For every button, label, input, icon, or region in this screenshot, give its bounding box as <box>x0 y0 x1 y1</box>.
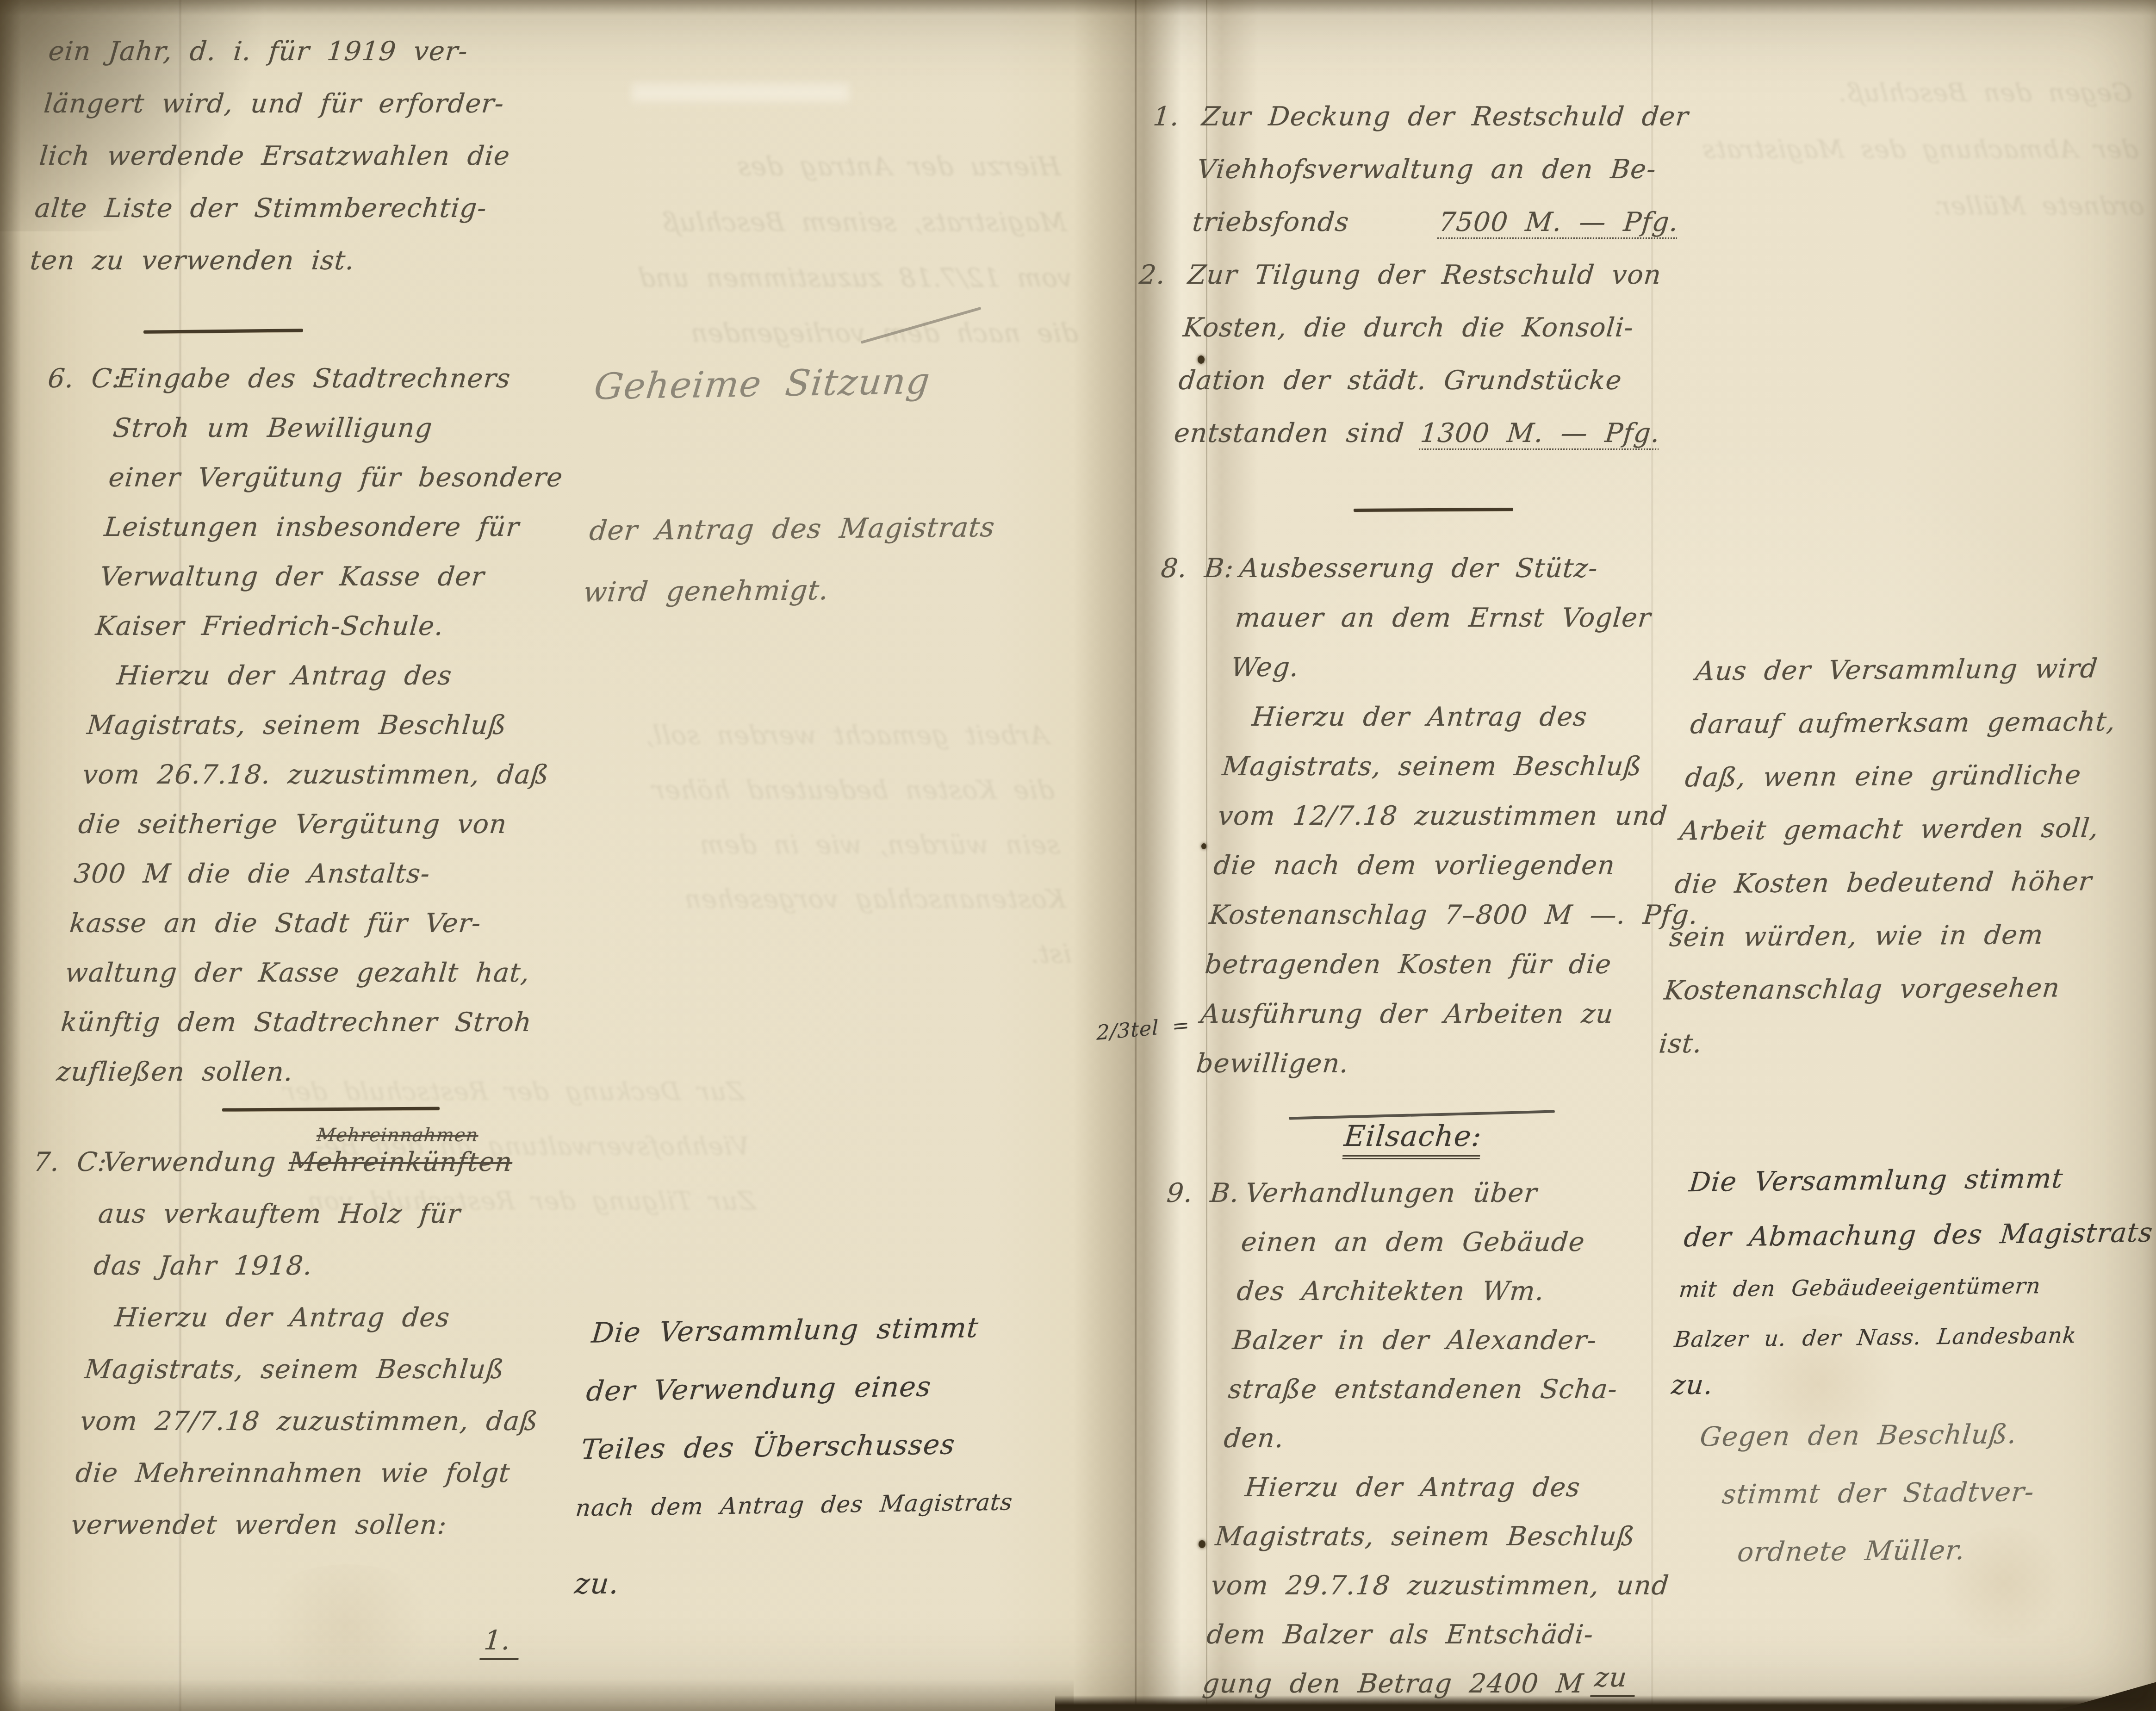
show-through-text: Arbeit gemacht werden soll, die Kosten b… <box>564 708 1074 981</box>
script-line: ein Jahr, d. i. für 1919 ver- <box>46 25 569 78</box>
resolution-item9: Die Versammlung stimmt der Abmachung des… <box>1672 1150 2156 1365</box>
show-through-line: ist. <box>587 927 1074 981</box>
dissent-note: Gegen den Beschluß. stimmt der Stadtver-… <box>1686 1404 2156 1582</box>
script-line: verwendet werden sollen: <box>0 1499 546 1551</box>
show-through-line: Gegen den Beschluß. <box>1680 65 2135 121</box>
agenda-item-7-subject: Verwendung <box>101 1147 277 1177</box>
show-through-text: Gegen den Beschluß. der Abmachung des Ma… <box>1680 65 2147 234</box>
script-line: Hierzu der Antrag des <box>18 1292 564 1344</box>
script-line: daß, wenn eine gründliche <box>1683 748 2156 804</box>
script-line: 300 M die die Anstalts- <box>2 849 548 899</box>
script-line: Ausführung der Arbeiten zu <box>1120 989 1670 1039</box>
script-line: Magistrats, seinem Beschluß <box>1135 1512 1680 1561</box>
script-line: gung den Betrag 2400 M <box>1122 1659 1667 1708</box>
show-through-text: Hierzu der Antrag des Magistrats, seinem… <box>558 139 1081 361</box>
allocation-item-2: 2.Zur Tilgung der Restschuld von <box>1137 249 1681 301</box>
script-line: betragenden Kosten für die <box>1124 940 1674 989</box>
allocation-list: 1.Zur Deckung der Restschuld der Viehhof… <box>1123 90 1695 460</box>
script-line: Kostenanschlag 7–800 M —. Pfg. <box>1129 890 1679 940</box>
script-line: triebsfonds 7500 M. — Pfg. <box>1142 196 1685 249</box>
script-line: Magistrats, seinem Beschluß <box>15 701 561 750</box>
script-line: vom 29.7.18 zuzustimmen, und <box>1131 1561 1676 1610</box>
script-line: einer Vergütung für besondere <box>37 453 583 503</box>
script-line: ist. <box>1657 1014 2132 1070</box>
script-line: sein würden, wie in dem <box>1667 908 2142 964</box>
agenda-item-8-number: 8. B: <box>1159 544 1242 593</box>
agenda-item-8-subject: Ausbesserung der Stütz- <box>1238 553 1599 584</box>
script-line: der Antrag des Magistrats <box>587 495 1093 561</box>
allocation-1-amount: 7500 M. — Pfg. <box>1436 196 1685 249</box>
script-line: Zur Tilgung der Restschuld von <box>1187 260 1663 290</box>
script-line: Viehhofsverwaltung an den Be- <box>1146 143 1690 196</box>
catchword-text: zu <box>1590 1661 1638 1697</box>
script-line: Kosten, die durch die Konsoli- <box>1132 301 1676 354</box>
agenda-item-9-subject: Verhandlungen über <box>1244 1178 1538 1208</box>
show-through-line: die Kosten bedeutend höher <box>570 763 1056 817</box>
script-line: vom 26.7.18. zuzustimmen, daß <box>11 750 557 800</box>
script-line: bewilligen. <box>1116 1039 1666 1089</box>
script-line: kasse an die Stadt für Ver- <box>0 899 544 948</box>
resolution-item6: der Antrag des Magistrats wird genehmigt… <box>581 495 1093 622</box>
secret-session-heading: Geheime Sitzung <box>592 361 932 408</box>
script-line: aus verkauftem Holz für <box>27 1188 573 1240</box>
script-line: vom 12/7.18 zuzustimmen und <box>1137 791 1687 841</box>
script-line: die Mehreinnahmen wie folgt <box>4 1447 550 1499</box>
resolution-item9-tail: zu. <box>1670 1369 1715 1400</box>
script-line: des Architekten Wm. <box>1156 1267 1702 1316</box>
script-line: den. <box>1143 1414 1689 1463</box>
script-line: nach dem Antrag des Magistrats <box>573 1472 1083 1537</box>
allocation-2-amount: 1300 M. — Pfg. <box>1418 407 1667 460</box>
show-through-line: ordnete Müller. <box>1692 178 2147 234</box>
script-line: Kostenanschlag vorgesehen <box>1662 961 2137 1017</box>
script-line: Gegen den Beschluß. <box>1697 1404 2156 1466</box>
script-line: Balzer u. der Nass. Landesbank <box>1672 1310 2147 1365</box>
script-line: Stroh um Bewilligung <box>41 404 587 453</box>
script-line: entstanden sind <box>1172 407 1406 460</box>
script-line: vom 27/7.18 zuzustimmen, daß <box>8 1395 554 1447</box>
script-line: längert wird, und für erforder- <box>42 78 565 130</box>
agenda-item-9: 9. B.Verhandlungen über einen an dem Geb… <box>1122 1169 1710 1708</box>
show-through-line: Hierzu der Antrag des <box>558 139 1063 194</box>
allocation-1-number: 1. <box>1151 90 1204 143</box>
script-line: alte Liste der Stimmberechtig- <box>32 182 555 235</box>
show-through-line: sein würden, wie in dem <box>576 817 1062 872</box>
show-through-line: Kostenanschlag vorgesehen <box>581 872 1068 927</box>
script-line: Die Versammlung stimmt <box>1687 1150 2156 1210</box>
paper-stain <box>250 1564 444 1685</box>
script-line: mauer an dem Ernst Vogler <box>1155 593 1705 643</box>
script-line: dation der städt. Grundstücke <box>1128 354 1671 407</box>
script-line: straße entstandenen Scha- <box>1148 1365 1693 1414</box>
agenda-item-7-number: 7. C: <box>31 1136 105 1188</box>
assembly-remark: Aus der Versammlung wird darauf aufmerks… <box>1657 641 2156 1070</box>
agenda-item-7: 7. C:VerwendungMehreinkünftenMehreinnahm… <box>0 1136 577 1551</box>
script-line: triebsfonds <box>1190 196 1351 249</box>
script-line: dem Balzer als Entschädi- <box>1126 1610 1671 1659</box>
script-line: Kaiser Friedrich-Schule. <box>24 602 570 651</box>
script-line: künftig dem Stadtrechner Stroh <box>0 998 535 1047</box>
script-line: zufließen sollen. <box>0 1047 531 1097</box>
script-line: Hierzu der Antrag des <box>20 651 565 701</box>
manuscript-scan: Hierzu der Antrag des Magistrats, seinem… <box>0 0 2156 1711</box>
script-line: Die Versammlung stimmt <box>589 1297 1100 1362</box>
script-line: Magistrats, seinem Beschluß <box>13 1344 559 1395</box>
script-line: Hierzu der Antrag des <box>1146 692 1696 742</box>
section-divider <box>143 329 303 334</box>
script-line: einen an dem Gebäude <box>1160 1218 1706 1267</box>
script-line: 8. B:Ausbesserung der Stütz- <box>1159 544 1709 593</box>
agenda-item-6-subject: Eingabe des Stadtrechners <box>116 363 512 394</box>
script-line: der Verwendung eines <box>584 1355 1094 1420</box>
script-line: darauf aufmerksam gemacht, <box>1688 695 2156 751</box>
script-line: 6. C:Eingabe des Stadtrechners <box>46 354 591 404</box>
script-line: ordnete Müller. <box>1686 1520 2155 1582</box>
script-line: Aus der Versammlung wird <box>1693 641 2156 698</box>
script-line: zu. <box>573 1567 621 1600</box>
script-line: ten zu verwenden ist. <box>28 235 551 287</box>
struck-insertion: Mehreinnahmen <box>314 1109 480 1161</box>
show-through-line: die nach dem vorliegenden <box>575 305 1081 361</box>
script-line: zu. <box>1670 1369 1715 1400</box>
script-line: Hierzu der Antrag des <box>1139 1463 1684 1512</box>
agenda-item-6-number: 6. C: <box>46 354 119 404</box>
script-line: Teiles des Überschusses <box>578 1413 1089 1479</box>
script-line: Leistungen insbesondere für <box>33 503 578 552</box>
script-line: Balzer in der Alexander- <box>1152 1316 1697 1365</box>
agenda-item-9-number: 9. B. <box>1165 1169 1248 1218</box>
script-line: lich werdende Ersatzwahlen die <box>37 130 560 182</box>
script-line: das Jahr 1918. <box>22 1240 568 1292</box>
show-through-line: vom 12/7.18 zuzustimmen und <box>569 250 1075 305</box>
show-through-line: Arbeit gemacht werden soll, <box>564 708 1051 763</box>
script-line: 9. B.Verhandlungen über <box>1165 1169 1710 1218</box>
corrected-word: MehreinkünftenMehreinnahmen <box>286 1136 515 1188</box>
bottom-left-shadow <box>0 1679 1074 1711</box>
agenda-item-6: 6. C:Eingabe des Stadtrechners Stroh um … <box>0 354 591 1097</box>
urgent-matter-heading: Eilsache: <box>1343 1119 1483 1153</box>
script-line: Zur Deckung der Restschuld der <box>1200 101 1690 132</box>
secret-session-label: Geheime Sitzung <box>592 361 932 408</box>
script-line: stimmt der Stadtver- <box>1692 1462 2156 1524</box>
catchword: zu <box>1591 1661 1638 1693</box>
script-line: der Abmachung des Magistrats <box>1681 1205 2156 1265</box>
script-line: Weg. <box>1150 643 1700 692</box>
script-line: die seitherige Vergütung von <box>7 800 553 849</box>
heading-overbar-stroke <box>1289 1110 1555 1120</box>
backing-surface-corner <box>2054 1674 2156 1711</box>
resolution-item7-tail: zu. <box>573 1567 621 1600</box>
script-line: Verwaltung der Kasse der <box>28 552 574 602</box>
agenda-item-8: 8. B:Ausbesserung der Stütz- mauer an de… <box>1116 544 1709 1089</box>
show-through-line: der Abmachung des Magistrats <box>1686 121 2141 178</box>
script-line: Magistrats, seinem Beschluß <box>1142 742 1692 791</box>
allocation-2-number: 2. <box>1137 249 1190 301</box>
intro-paragraph: ein Jahr, d. i. für 1919 ver- längert wi… <box>28 25 569 287</box>
resolution-item7: Die Versammlung stimmt der Verwendung ei… <box>573 1297 1099 1537</box>
script-line: wird genehmigt. <box>581 557 1087 622</box>
script-line: Arbeit gemacht werden soll, <box>1678 801 2153 858</box>
catchword: 1. <box>480 1624 522 1656</box>
script-line: die Kosten bedeutend höher <box>1672 854 2147 911</box>
show-through-line: Magistrats, seinem Beschluß <box>563 194 1069 250</box>
urgent-matter-label: Eilsache: <box>1342 1119 1484 1159</box>
top-edge-shadow <box>0 0 2156 16</box>
script-line: mit den Gebäudeeigentümern <box>1677 1260 2151 1315</box>
allocation-item-1: 1.Zur Deckung der Restschuld der <box>1151 90 1695 143</box>
show-through-highlight-bar <box>632 83 849 102</box>
section-divider <box>1354 508 1513 512</box>
script-line: die nach dem vorliegenden <box>1133 841 1683 890</box>
script-line: entstanden sind 1300 M. — Pfg. <box>1123 407 1667 460</box>
script-line: 7. C:VerwendungMehreinkünftenMehreinnahm… <box>31 1136 577 1188</box>
catchword-number: 1. <box>479 1624 521 1660</box>
script-line: waltung der Kasse gezahlt hat, <box>0 948 540 998</box>
